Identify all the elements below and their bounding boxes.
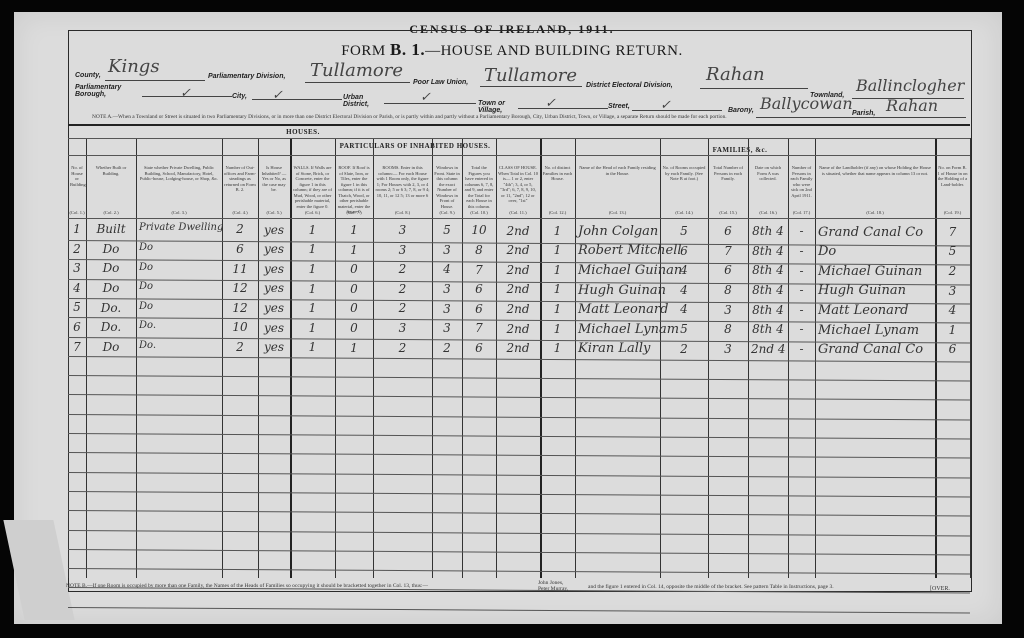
cell-total: 7 (465, 263, 493, 277)
column-header-label: No. of House or Building. (70, 165, 84, 187)
cell-windows: 3 (435, 321, 459, 335)
column-header-label: Name of the Head of each Family residing… (577, 165, 658, 176)
column-number: (Col. 3.) (136, 210, 222, 215)
column-number: (Col. 19.) (935, 210, 970, 215)
column-divider (222, 138, 223, 578)
column-number: (Col. 2.) (86, 210, 136, 215)
cell-outoffices: 6 (225, 242, 255, 256)
poor-law-union-line (480, 86, 582, 87)
header-rule (68, 218, 970, 219)
cell-total: 7 (465, 321, 493, 335)
cell-outoffices: 12 (225, 281, 255, 295)
cell-walls: 1 (293, 301, 332, 315)
note-b-example: John Jones, Peter Murray, (538, 580, 568, 592)
cell-inhabited: yes (261, 262, 287, 276)
cell-type: Do. (139, 340, 219, 351)
column-header-label: Date on which Form A was collected. (750, 165, 786, 182)
cell-holding-no: 2 (938, 264, 967, 278)
cell-built: Do (89, 242, 133, 256)
townland-value: Ballinclogher (856, 76, 964, 95)
note-b: NOTE B.—If one Room is occupied by more … (66, 583, 428, 589)
cell-class: 2nd (499, 243, 537, 257)
cell-landholder: Grand Canal Co (818, 342, 932, 357)
column-divider (575, 138, 576, 578)
cell-families: 1 (543, 341, 572, 355)
cell-walls: 1 (293, 282, 332, 296)
cell-roof: 1 (338, 223, 370, 237)
column-header-label: Total the Figures you have entered in co… (464, 165, 494, 209)
parish-label: Parish, (852, 110, 875, 117)
note-a: NOTE A.—When a Townland or Street is sit… (92, 114, 727, 120)
column-number: (Col. 15.) (708, 210, 748, 215)
cell-landholder: Do (818, 244, 932, 259)
cell-built: Do (89, 281, 133, 295)
cell-sick: - (791, 244, 812, 258)
cell-walls: 1 (293, 262, 332, 276)
column-header-label: ROOMS. Enter in this column:— For each H… (375, 165, 430, 198)
column-header-label: Windows in Front. State in this column t… (434, 165, 460, 209)
cell-landholder: Michael Lynam (818, 323, 932, 338)
cell-rooms: 3 (376, 223, 429, 237)
cell-landholder: Matt Leonard (818, 303, 932, 318)
cell-rooms: 2 (376, 341, 429, 355)
column-header-label: Is House Inhabited? — Yes or No, as the … (260, 165, 288, 193)
cell-head: Michael Guinan (578, 263, 657, 278)
column-divider (935, 138, 937, 578)
cell-rooms: 2 (376, 301, 429, 315)
cell-rooms-occ: 5 (663, 224, 705, 238)
cell-rooms: 3 (376, 243, 429, 257)
column-header-label: CLASS OF HOUSE. When Total in Col. 10 is… (498, 165, 538, 204)
cell-total: 10 (465, 223, 493, 237)
cell-total: 8 (465, 243, 493, 257)
column-header-label: No. of distinct Families in each House. (542, 165, 573, 182)
cell-holding-no: 3 (938, 284, 967, 298)
cell-date: 8th 4 (751, 283, 785, 297)
cell-type: Do (139, 242, 219, 253)
district-electoral-division-line (700, 88, 808, 89)
column-number: (Col. 12.) (540, 210, 575, 215)
cell-families: 1 (543, 263, 572, 277)
cell-type: Do (139, 301, 219, 312)
cell-rooms: 2 (376, 262, 429, 276)
column-number: (Col. 13.) (575, 210, 660, 215)
column-number: (Col. 8.) (373, 210, 432, 215)
column-divider (748, 138, 749, 578)
town-or-village-line (518, 108, 608, 109)
cell-landholder: Hugh Guinan (818, 283, 932, 298)
cell-windows: 2 (435, 341, 459, 355)
cell-windows: 4 (435, 262, 459, 276)
cell-rooms-occ: 4 (663, 283, 705, 297)
cell-house: 1 (71, 222, 83, 236)
barony-label: Barony, (728, 107, 754, 114)
cell-holding-no: 4 (938, 303, 967, 317)
cell-built: Do (89, 261, 133, 275)
section-houses: HOUSES. (68, 128, 538, 136)
column-divider (660, 138, 661, 578)
cell-families: 1 (543, 322, 572, 336)
column-divider (68, 138, 69, 578)
county-value: Kings (108, 56, 160, 77)
cell-windows: 3 (435, 282, 459, 296)
cell-roof: 0 (338, 321, 370, 335)
header-rule (68, 155, 970, 156)
cell-rooms: 3 (376, 321, 429, 335)
column-number: (Col. 9.) (432, 210, 462, 215)
cell-built: Do. (89, 320, 133, 334)
cell-landholder: Michael Guinan (818, 264, 932, 279)
parliamentary-division-line (305, 82, 410, 83)
section-particulars: PARTICULARS OF INHABITED HOUSES. (290, 142, 540, 150)
column-header-label: State whether Private Dwelling, Public B… (138, 165, 220, 182)
cell-rooms-occ: 4 (663, 263, 705, 277)
cell-house: 3 (71, 261, 83, 275)
column-header-label: WALLS. If Walls are of Stone, Brick, or … (292, 165, 333, 209)
column-divider (136, 138, 137, 578)
cell-walls: 1 (293, 321, 332, 335)
cell-built: Do (89, 340, 133, 354)
column-header-label: Number of Out-offices and Farm-steadings… (224, 165, 256, 193)
cell-class: 2nd (499, 282, 537, 296)
cell-families: 1 (543, 243, 572, 257)
note-b-end: and the figure 1 entered in Col. 14, opp… (588, 584, 834, 590)
cell-persons: 7 (711, 244, 745, 258)
city-value: ✓ (272, 88, 283, 103)
cell-outoffices: 11 (225, 262, 255, 276)
cell-total: 6 (465, 341, 493, 355)
cell-date: 8th 4 (751, 244, 785, 258)
cell-persons: 8 (711, 322, 745, 336)
cell-date: 2nd 4 (751, 342, 785, 356)
cell-head: John Colgan (578, 224, 657, 239)
cell-holding-no: 5 (938, 244, 967, 258)
cell-sick: - (791, 322, 812, 336)
cell-class: 2nd (499, 263, 537, 277)
town-or-village-label: Town or Village, (478, 100, 516, 114)
cell-rooms-occ: 6 (663, 244, 705, 258)
header-rule (68, 138, 970, 139)
parish-value: Rahan (886, 96, 938, 115)
cell-walls: 1 (293, 340, 332, 354)
cell-head: Robert Mitchell (578, 243, 657, 258)
cell-families: 1 (543, 224, 572, 238)
column-header-label: No. of Rooms occupied by each Family. (S… (662, 165, 706, 182)
column-number: (Col. 17.) (788, 210, 815, 215)
parliamentary-borough-label: Parliamentary Borough, (75, 84, 135, 98)
cell-sick: - (791, 264, 812, 278)
cell-windows: 3 (435, 302, 459, 316)
cell-house: 2 (71, 242, 83, 256)
cell-roof: 0 (338, 282, 370, 296)
census-form: CENSUS OF IRELAND, 1911. FORM B. 1.—HOUS… (0, 0, 1024, 638)
cell-roof: 1 (338, 341, 370, 355)
cell-holding-no: 1 (938, 323, 967, 337)
cell-holding-no: 7 (938, 225, 967, 239)
urban-district-line (384, 103, 476, 104)
cell-landholder: Grand Canal Co (818, 225, 932, 240)
over-label: [OVER. (930, 586, 950, 592)
cell-sick: - (791, 303, 812, 317)
cell-built: Built (89, 222, 133, 236)
parliamentary-division-value: Tullamore (310, 60, 403, 81)
header-divider (68, 124, 970, 126)
cell-persons: 8 (711, 283, 745, 297)
cell-type: Do. (139, 320, 219, 331)
cell-inhabited: yes (261, 242, 287, 256)
cell-date: 8th 4 (751, 224, 785, 238)
cell-date: 8th 4 (751, 303, 785, 317)
cell-windows: 5 (435, 223, 459, 237)
cell-class: 2nd (499, 302, 537, 316)
cell-rooms-occ: 2 (663, 342, 705, 356)
cell-head: Hugh Guinan (578, 283, 657, 298)
parliamentary-division-label: Parliamentary Division, (208, 73, 285, 80)
column-number: (Col. 18.) (815, 210, 935, 215)
cell-type: Do (139, 281, 219, 292)
cell-roof: 0 (338, 262, 370, 276)
column-number: (Col. 1.) (68, 210, 86, 215)
cell-class: 2nd (499, 341, 537, 355)
column-header-label: Number of Persons in each Family who wer… (790, 165, 813, 198)
cell-type: Do (139, 262, 219, 273)
cell-date: 8th 4 (751, 263, 785, 277)
column-divider (970, 138, 971, 578)
column-divider (788, 138, 789, 578)
column-header-label: Total Number of Persons in each Family. (710, 165, 746, 182)
column-divider (708, 138, 709, 578)
cell-families: 1 (543, 282, 572, 296)
cell-house: 7 (71, 340, 83, 354)
cell-date: 8th 4 (751, 322, 785, 336)
column-header-label: ROOF. If Roof is of Slate, Iron, or Tile… (337, 165, 371, 215)
cell-built: Do. (89, 301, 133, 315)
cell-outoffices: 2 (225, 340, 255, 354)
column-number: (Col. 7.) (335, 210, 373, 215)
cell-sick: - (791, 283, 812, 297)
cell-head: Kiran Lally (578, 341, 657, 356)
poor-law-union-label: Poor Law Union, (413, 79, 468, 86)
district-electoral-division-label: District Electoral Division, (586, 82, 673, 89)
cell-inhabited: yes (261, 340, 287, 354)
column-header-label: Whether Built or Building. (88, 165, 134, 176)
county-label: County, (75, 72, 101, 79)
urban-district-label: Urban District, (343, 94, 383, 108)
cell-head: Matt Leonard (578, 302, 657, 317)
barony-parish-line (756, 117, 966, 118)
cell-persons: 6 (711, 263, 745, 277)
cell-house: 5 (71, 300, 83, 314)
column-divider (815, 138, 816, 578)
cell-inhabited: yes (261, 281, 287, 295)
street-line (632, 110, 722, 111)
city-label: City, (232, 93, 247, 100)
parliamentary-borough-value: ✓ (180, 86, 191, 101)
column-divider (86, 138, 87, 578)
cell-windows: 3 (435, 243, 459, 257)
street-label: Street, (608, 103, 630, 110)
column-number: (Col. 16.) (748, 210, 788, 215)
column-number: (Col. 10.) (462, 210, 496, 215)
cell-total: 6 (465, 302, 493, 316)
cell-families: 1 (543, 302, 572, 316)
cell-persons: 3 (711, 342, 745, 356)
cell-total: 6 (465, 282, 493, 296)
cell-walls: 1 (293, 242, 332, 256)
section-families: FAMILIES, &c. (545, 146, 935, 154)
cell-inhabited: yes (261, 301, 287, 315)
parliamentary-borough-line (142, 96, 232, 97)
cell-roof: 0 (338, 301, 370, 315)
column-number: (Col. 6.) (290, 210, 335, 215)
county-line (105, 80, 205, 81)
cell-head: Michael Lynam (578, 322, 657, 337)
cell-rooms-occ: 5 (663, 322, 705, 336)
cell-rooms-occ: 4 (663, 302, 705, 316)
barony-value: Ballycowan (760, 94, 853, 113)
cell-rooms: 2 (376, 282, 429, 296)
cell-outoffices: 2 (225, 222, 255, 236)
cell-sick: - (791, 342, 812, 356)
cell-class: 2nd (499, 224, 537, 238)
cell-outoffices: 10 (225, 320, 255, 334)
cell-persons: 6 (711, 224, 745, 238)
column-number: (Col. 11.) (496, 210, 540, 215)
column-number: (Col. 14.) (660, 210, 708, 215)
poor-law-union-value: Tullamore (484, 65, 577, 86)
cell-class: 2nd (499, 322, 537, 336)
column-header-label: No. on Form B. 1 of House in on the Hold… (937, 165, 968, 187)
column-header-label: Name of the Landholder (if any) on whose… (817, 165, 933, 176)
column-number: (Col. 5.) (258, 210, 290, 215)
column-number: (Col. 4.) (222, 210, 258, 215)
cell-walls: 1 (293, 223, 332, 237)
cell-outoffices: 12 (225, 301, 255, 315)
cell-sick: - (791, 224, 812, 238)
cell-house: 6 (71, 320, 83, 334)
cell-roof: 1 (338, 243, 370, 257)
cell-inhabited: yes (261, 223, 287, 237)
district-electoral-division-value: Rahan (706, 64, 765, 85)
cell-type: Private Dwelling (139, 222, 219, 233)
cell-inhabited: yes (261, 321, 287, 335)
city-line (252, 99, 342, 100)
row-rule (68, 607, 970, 614)
cell-persons: 3 (711, 303, 745, 317)
cell-house: 4 (71, 281, 83, 295)
cell-holding-no: 6 (938, 342, 967, 356)
